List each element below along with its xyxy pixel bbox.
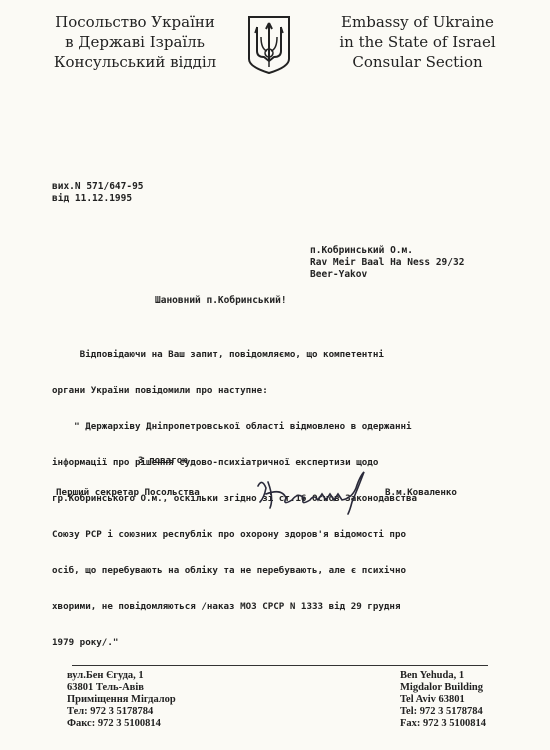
footer-line: Ben Yehuda, 1 (400, 670, 486, 682)
footer-line: Migdalor Building (400, 682, 486, 694)
body-line: органи України повідомили про наступне: (52, 385, 542, 397)
footer-line: Приміщення Мігдалор (67, 694, 176, 706)
signer-title: Перший секретар Посольства (56, 487, 200, 498)
recipient-line: Beer-Yakov (310, 269, 464, 281)
body-line: " Держархіву Дніпропетровської області в… (52, 421, 542, 433)
letterhead-line: Consular Section (300, 52, 535, 72)
body-line: хворими, не повідомляються /наказ МОЗ СР… (52, 601, 542, 613)
letterhead-english: Embassy of Ukraine in the State of Israe… (300, 12, 535, 72)
reference-block: вих.N 571/647-95 від 11.12.1995 (52, 181, 144, 205)
footer-line: Tel Aviv 63801 (400, 694, 486, 706)
body-line: Відповідаючи на Ваш запит, повідомляємо,… (52, 349, 542, 361)
body-line: Союзу РСР і союзних республік про охорон… (52, 529, 542, 541)
trident-emblem-icon (246, 15, 292, 75)
letter-date: від 11.12.1995 (52, 193, 144, 205)
handwritten-signature (252, 468, 377, 518)
salutation: Шановний п.Кобринський! (155, 295, 287, 306)
footer-line: Fax: 972 3 5100814 (400, 718, 486, 730)
signer-name: В.м.Коваленко (385, 487, 457, 498)
footer-divider (72, 665, 488, 666)
footer-address-english: Ben Yehuda, 1 Migdalor Building Tel Aviv… (400, 670, 486, 730)
recipient-address: п.Кобринський О.м. Rav Meir Baal Ha Ness… (310, 245, 464, 281)
footer-address-ukrainian: вул.Бен Єгуда, 1 63801 Тель-Авів Приміще… (67, 670, 176, 730)
letterhead-line: Посольство України (20, 12, 250, 32)
body-line: 1979 року/." (52, 637, 542, 649)
outgoing-number: вих.N 571/647-95 (52, 181, 144, 193)
footer-line: Тел: 972 3 5178784 (67, 706, 176, 718)
footer-line: вул.Бен Єгуда, 1 (67, 670, 176, 682)
letterhead-ukrainian: Посольство України в Державі Ізраїль Кон… (20, 12, 250, 72)
closing-regards: З повагою (138, 455, 188, 466)
footer-line: 63801 Тель-Авів (67, 682, 176, 694)
body-line: осіб, що перебувають на обліку та не пер… (52, 565, 542, 577)
recipient-line: п.Кобринський О.м. (310, 245, 464, 257)
letterhead-line: в Державі Ізраїль (20, 32, 250, 52)
letterhead-line: Консульський відділ (20, 52, 250, 72)
recipient-line: Rav Meir Baal Ha Ness 29/32 (310, 257, 464, 269)
letterhead-line: in the State of Israel (300, 32, 535, 52)
footer-line: Факс: 972 3 5100814 (67, 718, 176, 730)
letterhead-line: Embassy of Ukraine (300, 12, 535, 32)
footer-line: Tel: 972 3 5178784 (400, 706, 486, 718)
